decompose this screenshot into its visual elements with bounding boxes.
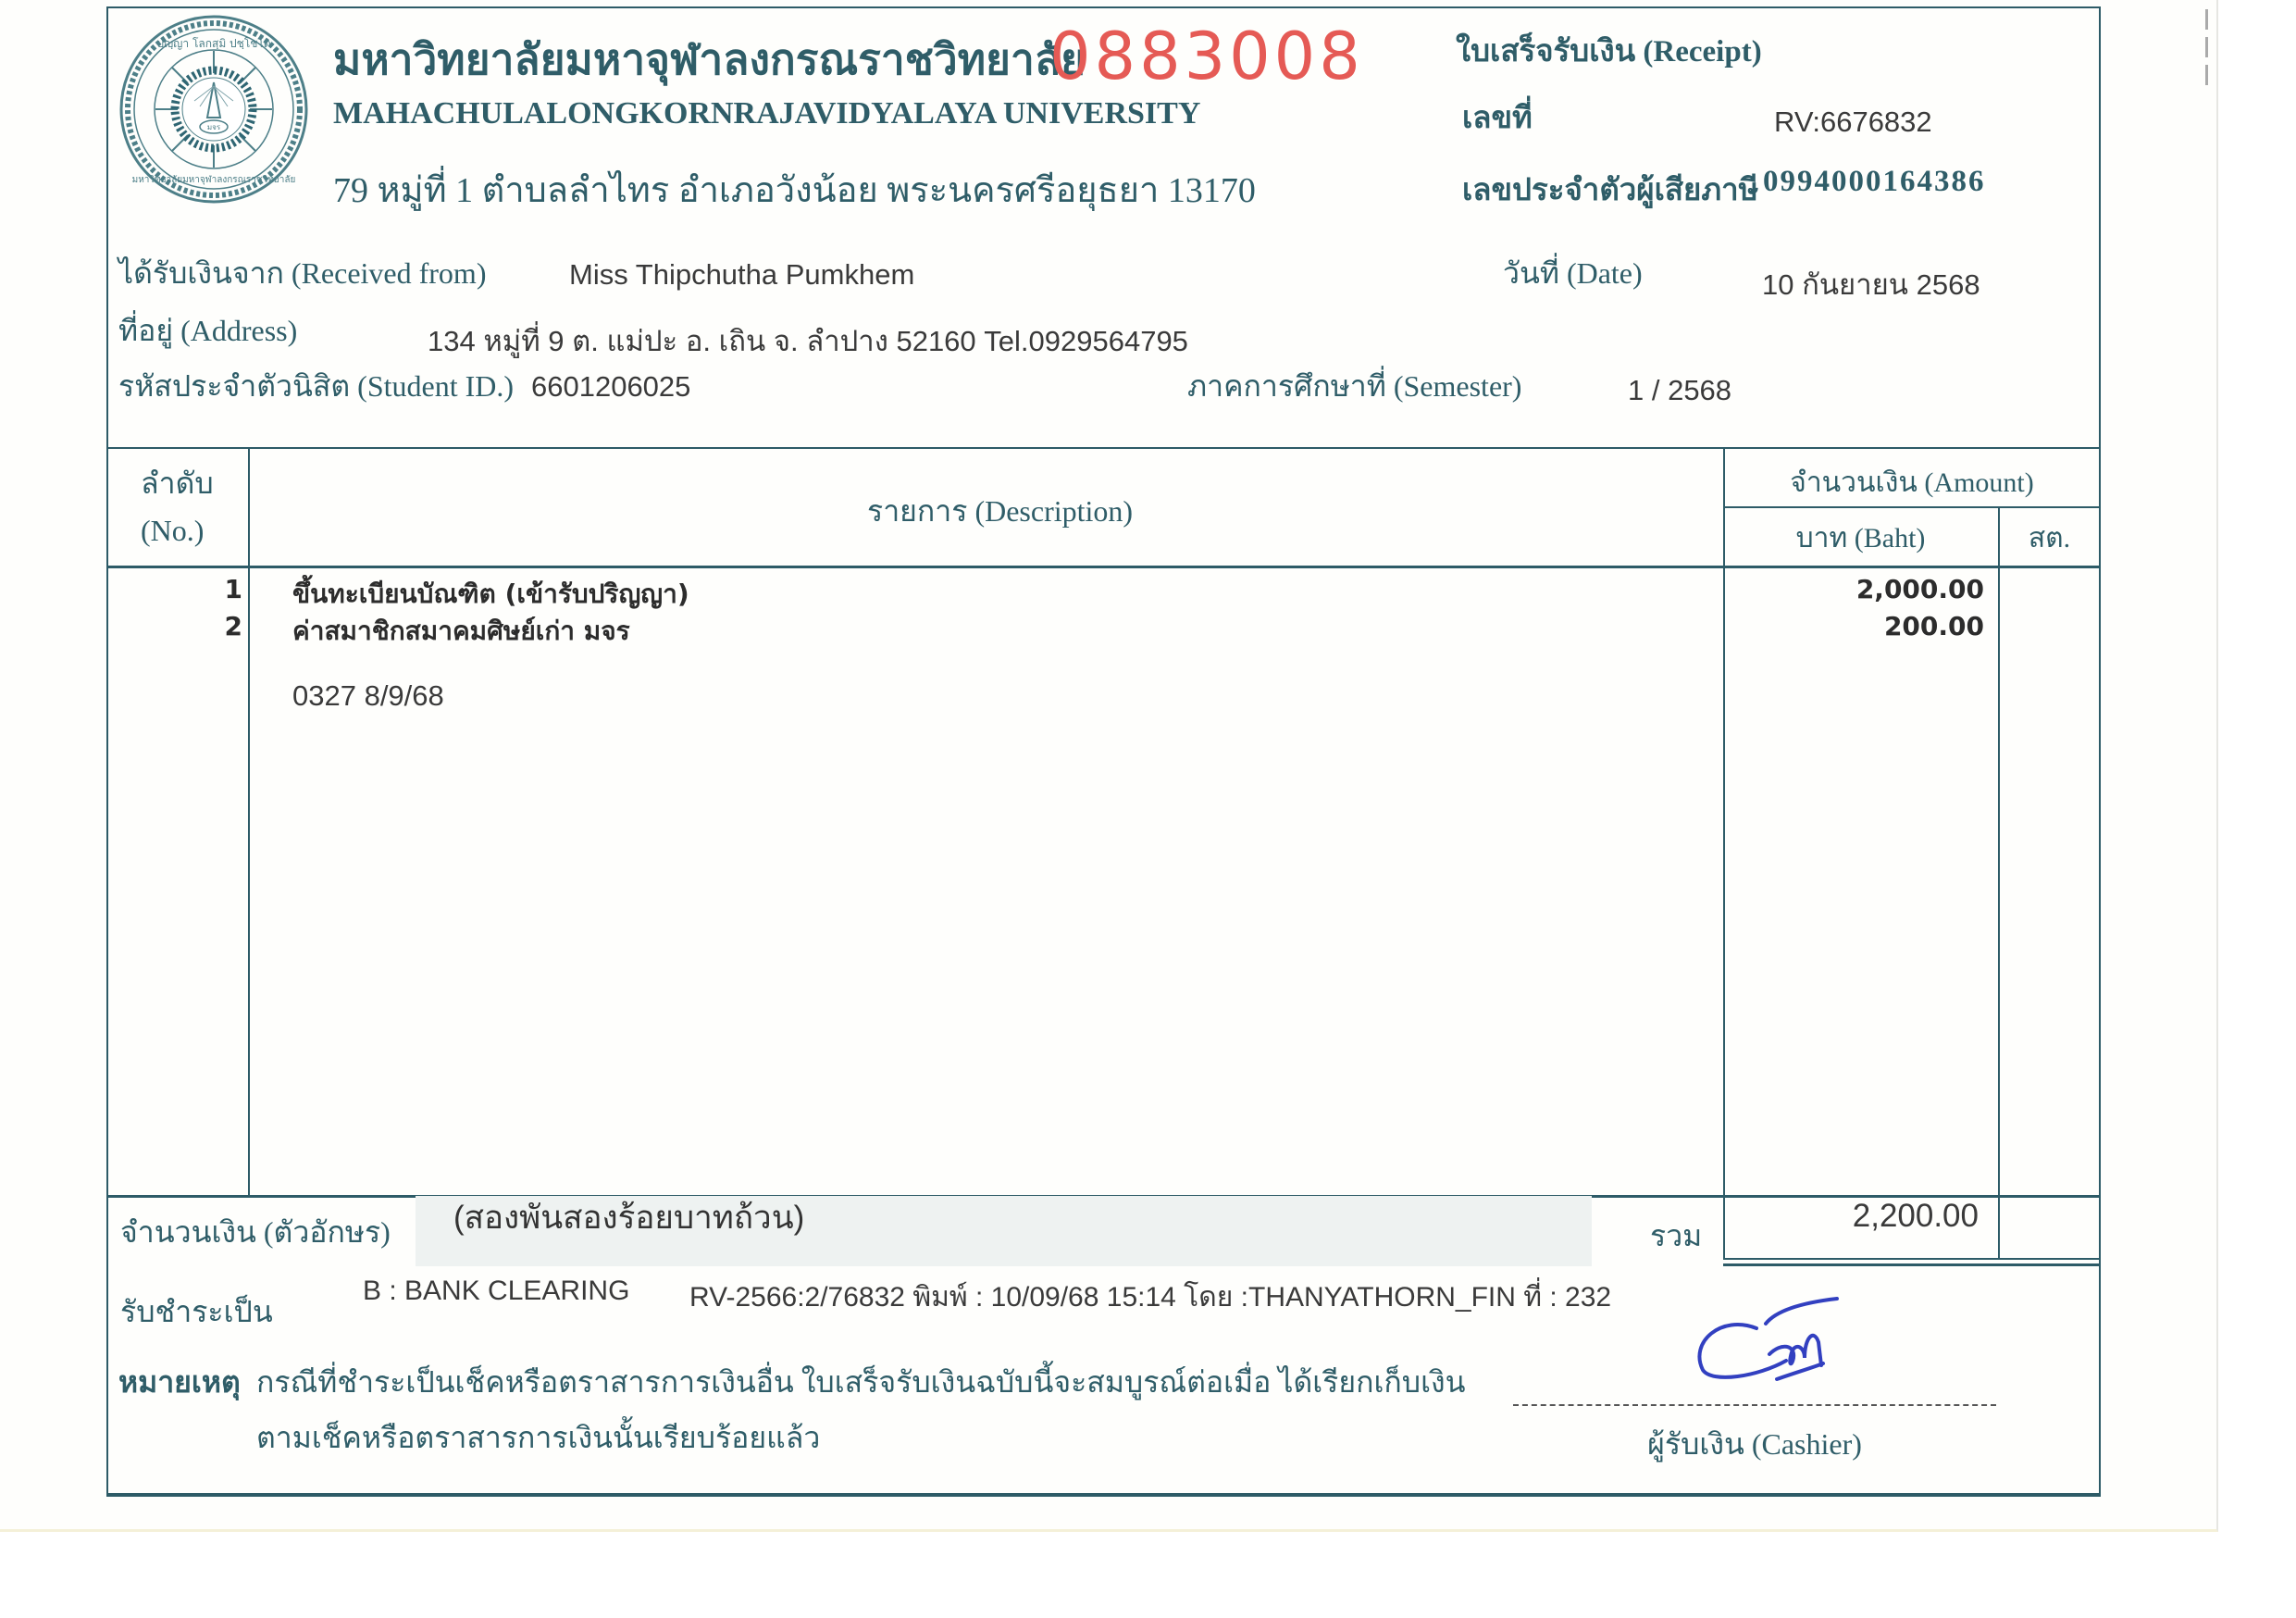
remarks-label: หมายเหตุ [118,1359,241,1406]
col-satang-label: สต. [1998,517,2101,560]
item-note: 0327 8/9/68 [292,679,444,713]
university-seal-icon: มจร ปญฺญา โลกสฺมิ ปชฺโชโต มหาวิทยาลัยมหา… [118,14,309,205]
received-from-value: Miss Thipchutha Pumkhem [569,258,914,292]
address-value: 134 หมู่ที่ 9 ต. แม่ปะ อ. เถิน จ. ลำปาง … [428,317,1188,364]
university-address: 79 หมู่ที่ 1 ตำบลลำไทร อำเภอวังน้อย พระน… [333,161,1256,218]
satang-column-divider [1998,506,2000,1259]
tax-id-value: 0994000164386 [1763,165,1986,199]
receipt-frame [106,6,2101,1497]
col-baht-label: บาท (Baht) [1723,517,1998,560]
student-id-value: 6601206025 [531,370,690,404]
total-double-line [1723,1263,2101,1266]
svg-text:มจร: มจร [207,123,221,131]
total-label: รวม [1650,1213,1702,1260]
cashier-label: ผู้รับเงิน (Cashier) [1513,1421,1996,1468]
semester-value: 1 / 2568 [1628,374,1731,407]
serial-number: 0883008 [1049,19,1364,94]
address-label: ที่อยู่ (Address) [118,307,297,355]
item-description: ค่าสมาชิกสมาคมศิษย์เก่า มจร [292,611,630,652]
margin-mark [2205,65,2208,85]
item-number: 2 [185,611,242,641]
date-value: 10 กันยายน 2568 [1762,261,1980,307]
margin-mark [2205,37,2208,57]
amount-in-words-label: จำนวนเงิน (ตัวอักษร) [120,1209,391,1256]
amount-column-divider [1723,447,1725,1259]
margin-mark [2205,9,2208,30]
svg-text:ปญฺญา โลกสฺมิ ปชฺโชโต: ปญฺญา โลกสฺมิ ปชฺโชโต [156,37,270,50]
total-bottom-line [1723,1258,2101,1260]
receipt-number-label: เลขที่ [1462,93,1533,142]
item-amount-baht: 200.00 [1723,611,1984,641]
no-column-divider [248,447,250,1195]
col-amount-label: จำนวนเงิน (Amount) [1723,461,2101,504]
semester-label: ภาคการศึกษาที่ (Semester) [1187,363,1521,410]
student-id-label: รหัสประจำตัวนิสิต (Student ID.) [118,363,514,410]
item-number: 1 [185,574,242,604]
total-amount-baht: 2,200.00 [1723,1198,1979,1235]
university-name-thai: มหาวิทยาลัยมหาจุฬาลงกรณราชวิทยาลัย [333,26,1086,93]
col-no-label-english: (No.) [141,514,204,548]
col-no-label-thai: ลำดับ [141,460,214,507]
remarks-line-1: กรณีที่ชำระเป็นเช็คหรือตราสารการเงินอื่น… [256,1359,1466,1406]
receipt-number-value: RV:6676832 [1774,106,1932,139]
table-top-line [106,447,2101,449]
print-info: RV-2566:2/76832 พิมพ์ : 10/09/68 15:14 โ… [689,1276,1611,1319]
handwritten-signature-icon [1684,1291,1888,1402]
amount-in-words-value: (สองพันสองร้อยบาทถ้วน) [453,1192,804,1243]
item-amount-baht: 2,000.00 [1723,574,1984,604]
receipt-title: ใบเสร็จรับเงิน (Receipt) [1456,26,1762,75]
svg-text:มหาวิทยาลัยมหาจุฬาลงกรณราชวิทย: มหาวิทยาลัยมหาจุฬาลงกรณราชวิทยาลัย [132,174,296,185]
tax-id-label: เลขประจำตัวผู้เสียภาษี [1462,165,1758,214]
received-from-label: ได้รับเงินจาก (Received from) [118,250,486,297]
item-description: ขึ้นทะเบียนบัณฑิต (เข้ารับปริญญา) [292,574,689,615]
date-label: วันที่ (Date) [1503,250,1643,297]
col-description-label: รายการ (Description) [867,488,1133,535]
table-header-bottom-line [106,566,2101,568]
amount-header-divider [1723,506,2101,508]
university-name-english: MAHACHULALONGKORNRAJAVIDYALAYA UNIVERSIT… [333,96,1200,131]
payment-method-label: รับชำระเป็น [120,1288,273,1336]
signature-line [1513,1404,1996,1406]
remarks-line-2: ตามเช็คหรือตราสารการเงินนั้นเรียบร้อยแล้… [256,1414,820,1462]
payment-method-value: B : BANK CLEARING [363,1276,629,1307]
